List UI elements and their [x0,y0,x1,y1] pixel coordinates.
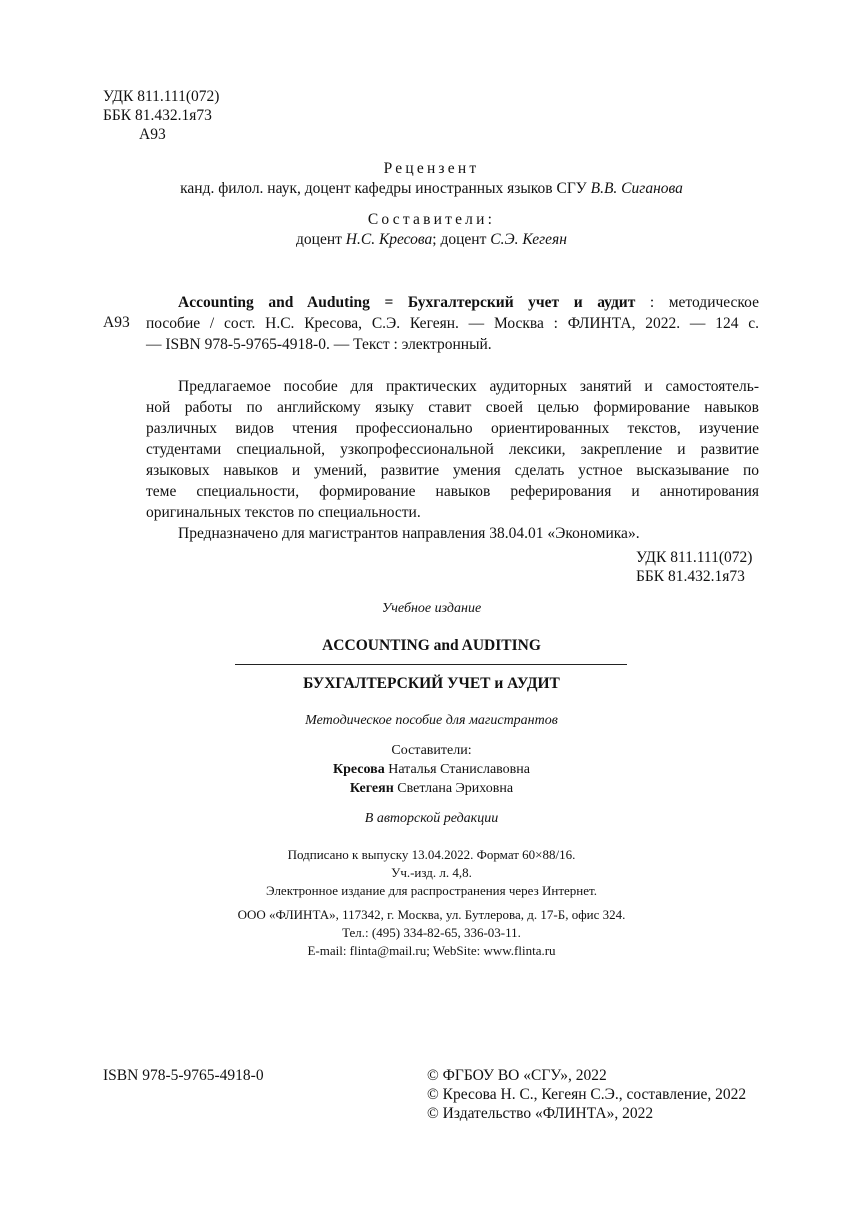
bibliographic-line-3: — ISBN 978-5-9765-4918-0. — Текст : элек… [146,334,759,355]
compiler-separator: ; доцент [432,231,490,248]
annotation-line: ной работы по английскому языку ставит с… [146,397,759,418]
compilers-heading: Составители: [0,210,863,230]
copyright-line: © ФГБОУ ВО «СГУ», 2022 [427,1066,607,1086]
title-russian: БУХГАЛТЕРСКИЙ УЧЕТ и АУДИТ [0,674,863,694]
bibliographic-line-2: пособие / сост. Н.С. Кресова, С.Э. Кегея… [146,313,759,334]
bibliographic-record: Accounting and Auduting = Бухгалтерский … [146,292,759,355]
edition-type: Учебное издание [0,599,863,618]
compiler-prefix-1: доцент [296,231,346,248]
publisher-phone: Тел.: (495) 334-82-65, 336-03-11. [0,924,863,942]
annotation-line: студентами специальной, узкопрофессионал… [146,439,759,460]
compiler-2-surname: Кегеян [350,781,394,796]
bbk-code-right: ББК 81.432.1я73 [636,567,745,587]
compiler-name-2: С.Э. Кегеян [490,231,567,248]
electronic-edition-note: Электронное издание для распространения … [0,882,863,900]
editorial-note: В авторской редакции [0,809,863,828]
author-mark: А93 [139,125,166,145]
reviewer-name: В.В. Сиганова [591,180,683,197]
annotation-line: языковых навыков и умений, развитие умен… [146,460,759,481]
udk-code: УДК 811.111(072) [103,87,219,107]
bibliographic-line-1-rest: : методическое [635,294,759,311]
copyright-line: © Кресова Н. С., Кегеян С.Э., составлени… [427,1085,746,1105]
copyright-line: © Издательство «ФЛИНТА», 2022 [427,1104,653,1124]
compiler-2-name: Светлана Эриховна [394,781,513,796]
annotation-line: Предлагаемое пособие для практических ау… [146,376,759,397]
annotation: Предлагаемое пособие для практических ау… [146,376,759,544]
bibliographic-line-1: Accounting and Auduting = Бухгалтерский … [146,292,759,313]
annotation-line: оригинальных текстов по специальности. [146,502,759,523]
imprint-compiler-2: Кегеян Светлана Эриховна [0,779,863,798]
compiler-1-name: Наталья Станиславовна [385,762,530,777]
imprint-compilers-heading: Составители: [0,741,863,760]
bibliographic-mark: А93 [103,313,130,333]
bbk-code: ББК 81.432.1я73 [103,106,212,126]
annotation-purpose: Предназначено для магистрантов направлен… [146,523,759,544]
imprint-compiler-1: Кресова Наталья Станиславовна [0,760,863,779]
udk-code-right: УДК 811.111(072) [636,548,752,568]
book-title: Accounting and Auduting = Бухгалтерский … [178,294,635,311]
annotation-line: теме специальности, формирование навыков… [146,481,759,502]
compiler-name-1: Н.С. Кресова [346,231,433,248]
title-english: ACCOUNTING and AUDITING [0,636,863,656]
subtitle: Методическое пособие для магистрантов [0,711,863,730]
title-divider [235,664,627,665]
reviewer-text: канд. филол. наук, доцент кафедры иностр… [180,180,591,197]
reviewer-heading: Рецензент [0,159,863,179]
publisher-sheets: Уч.-изд. л. 4,8. [0,864,863,882]
compilers-line: доцент Н.С. Кресова; доцент С.Э. Кегеян [0,230,863,250]
reviewer-line: канд. филол. наук, доцент кафедры иностр… [0,179,863,199]
compiler-1-surname: Кресова [333,762,385,777]
publisher-address: ООО «ФЛИНТА», 117342, г. Москва, ул. Бут… [0,906,863,924]
publisher-contacts: E-mail: flinta@mail.ru; WebSite: www.fli… [0,942,863,960]
isbn: ISBN 978-5-9765-4918-0 [103,1066,264,1086]
annotation-line: различных видов чтения профессионально о… [146,418,759,439]
signed-for-release: Подписано к выпуску 13.04.2022. Формат 6… [0,846,863,864]
